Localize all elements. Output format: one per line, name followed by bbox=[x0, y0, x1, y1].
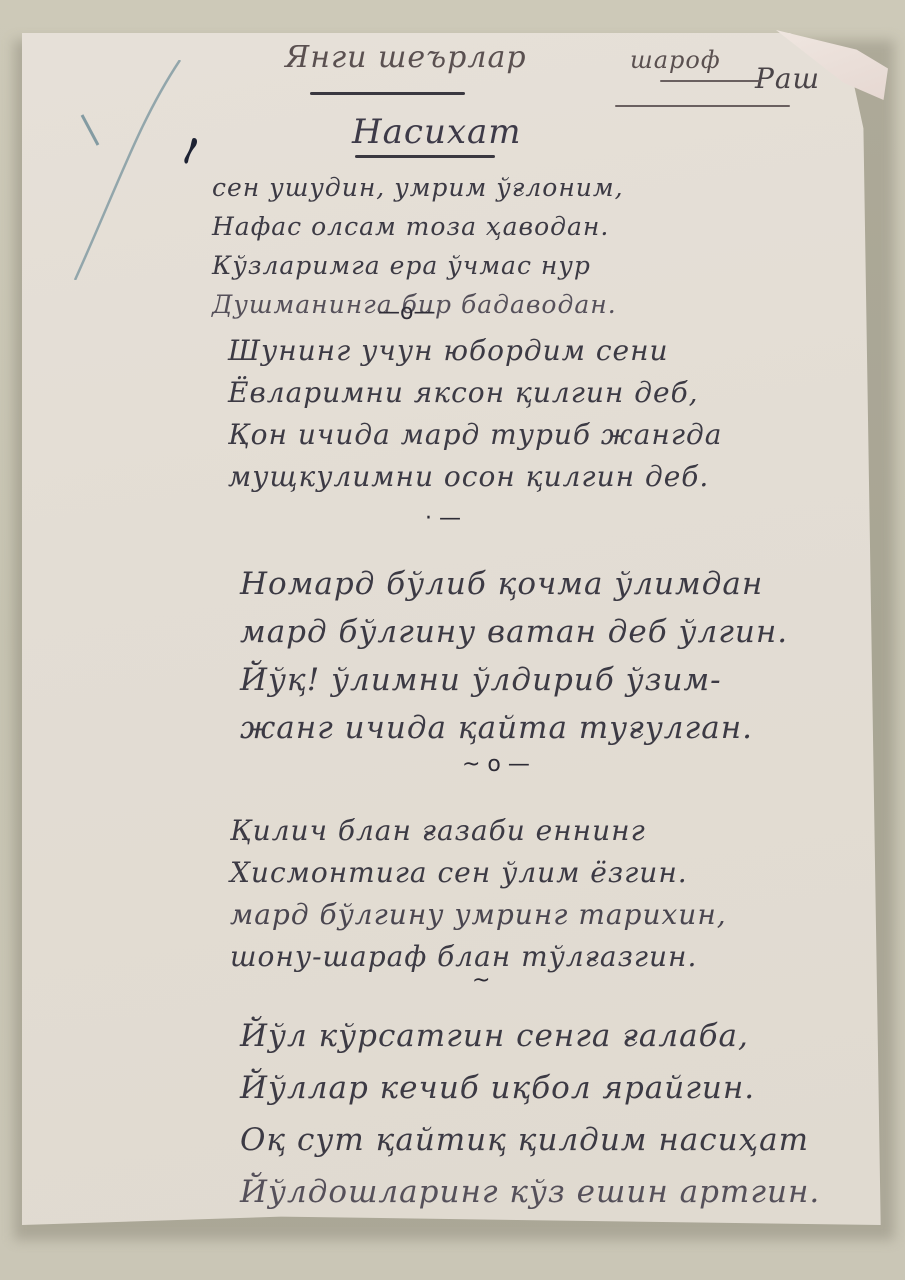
poem-line: Йўқ! ўлимни ўлдириб ўзим- bbox=[240, 656, 788, 704]
poem-line: Оқ сут қайтиқ қилдим насиҳат bbox=[240, 1114, 820, 1166]
poem-line: Қон ичида мард туриб жангда bbox=[228, 414, 722, 456]
poem-line: мард бўлгину умринг тарихин, bbox=[230, 894, 727, 936]
collection-underline bbox=[310, 92, 465, 95]
signature-underline bbox=[660, 80, 760, 82]
stanza-3: Номард бўлиб қочма ўлимдан мард бўлгину … bbox=[240, 560, 788, 752]
title-underline bbox=[355, 155, 495, 158]
poem-line: Йўл кўрсатгин сенга ғалаба, bbox=[240, 1010, 820, 1062]
poem-line: Хисмонтига сен ўлим ёзгин. bbox=[230, 852, 727, 894]
poem-line: Йўлдошларинг кўз ешин артгин. bbox=[240, 1166, 820, 1218]
stanza-5: Йўл кўрсатгин сенга ғалаба, Йўллар кечиб… bbox=[240, 1010, 820, 1218]
poem-line: Нафас олсам тоза ҳаводан. bbox=[212, 207, 624, 246]
stanza-4: Қилич блан ғазаби еннинг Хисмонтига сен … bbox=[230, 810, 727, 978]
poem-line: Йўллар кечиб иқбол ярайгин. bbox=[240, 1062, 820, 1114]
poem-line: Ёвларимни яксон қилгин деб, bbox=[228, 372, 722, 414]
stanza-divider: ~ bbox=[472, 968, 490, 993]
poem-line: мущкулимни осон қилгин деб. bbox=[228, 456, 722, 498]
stanza-divider: · — bbox=[425, 506, 461, 531]
collection-title: Янги шеърлар bbox=[285, 40, 527, 75]
poem-line: Қилич блан ғазаби еннинг bbox=[230, 810, 727, 852]
poem-line: Кўзларимга ера ўчмас нур bbox=[212, 246, 624, 285]
author-signature: Раш bbox=[755, 62, 820, 95]
signature-underline-2 bbox=[615, 105, 790, 107]
poem-line: мард бўлгину ватан деб ўлгин. bbox=[240, 608, 788, 656]
stanza-divider: —o— bbox=[378, 300, 435, 325]
poem-line: сен ушудин, умрим ўғлоним, bbox=[212, 168, 624, 207]
poem-line: Номард бўлиб қочма ўлимдан bbox=[240, 560, 788, 608]
poem-line: Шунинг учун юбордим сени bbox=[228, 330, 722, 372]
margin-mark-icon bbox=[183, 136, 199, 166]
author-name: шароф bbox=[630, 46, 721, 74]
stanza-divider: ~ o — bbox=[462, 752, 530, 777]
stanza-2: Шунинг учун юбордим сени Ёвларимни яксон… bbox=[228, 330, 722, 498]
poem-line: жанг ичида қайта туғулган. bbox=[240, 704, 788, 752]
poem-title: Насихат bbox=[352, 112, 522, 152]
